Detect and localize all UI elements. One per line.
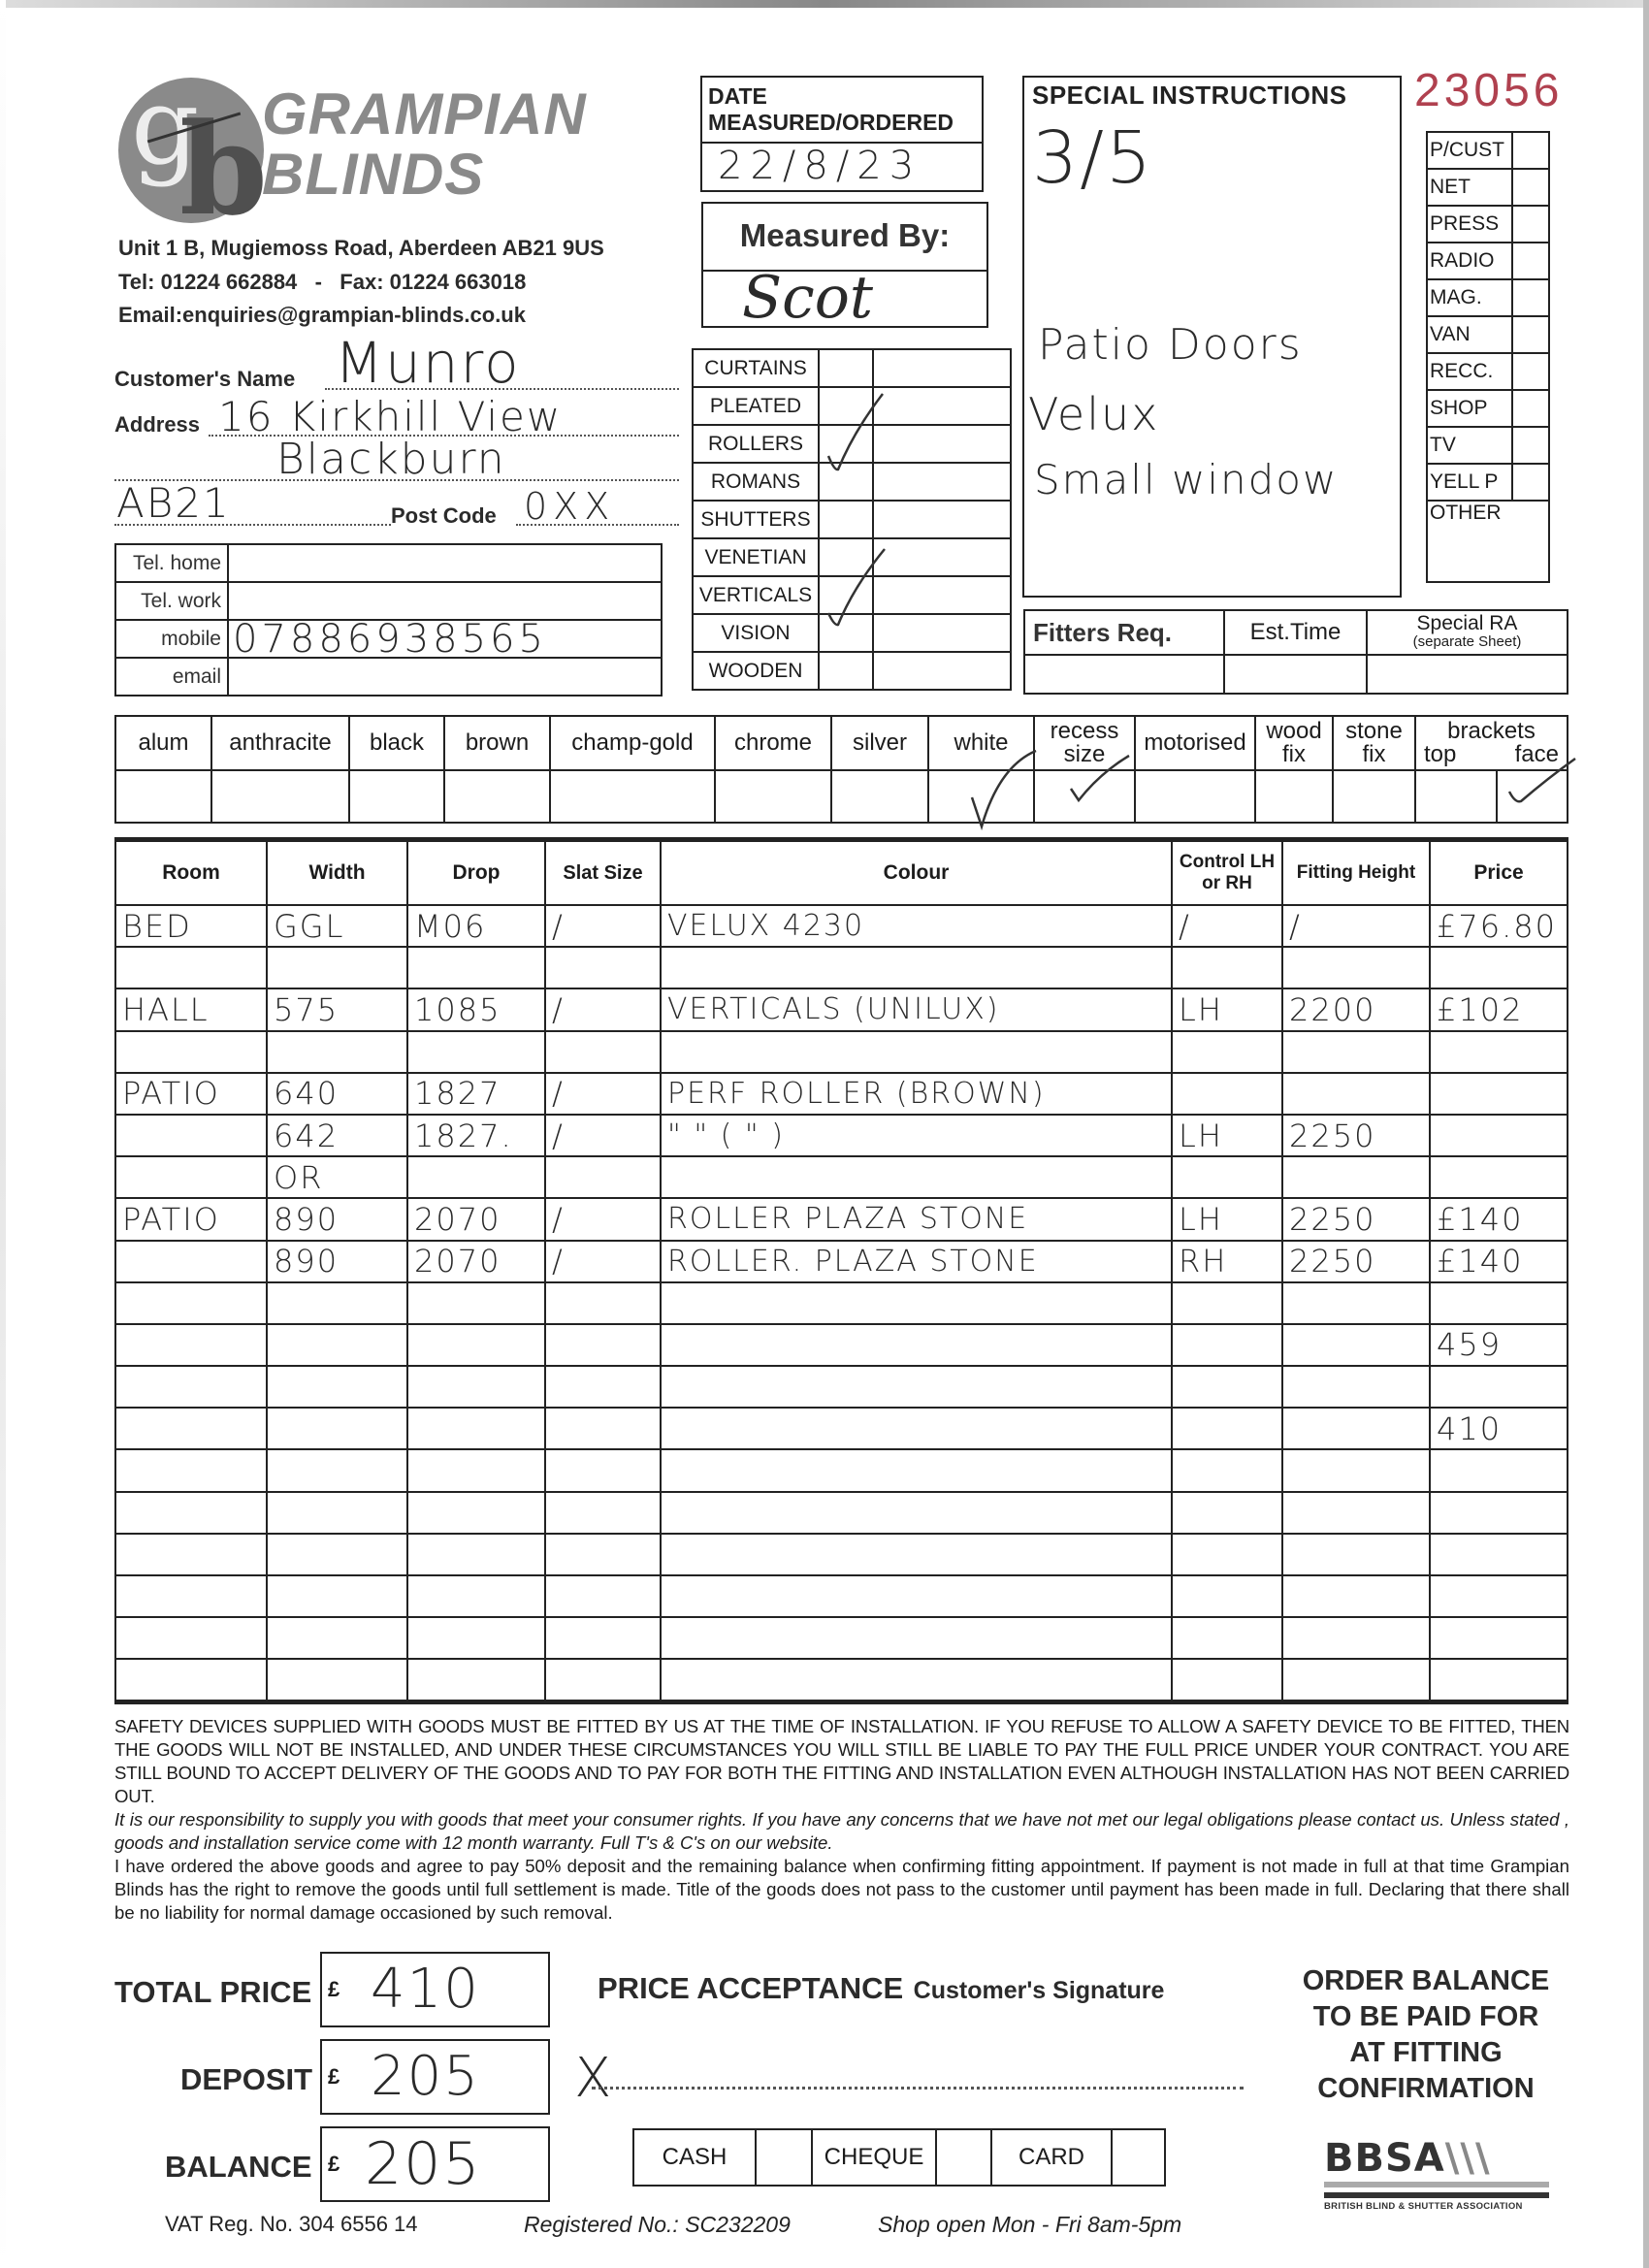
price-field[interactable] xyxy=(1430,1659,1568,1701)
shutters-checkbox[interactable] xyxy=(819,501,873,538)
control-field[interactable]: LH xyxy=(1172,1198,1282,1240)
fitting-height-field[interactable] xyxy=(1282,1492,1430,1534)
width-field[interactable] xyxy=(267,1324,407,1366)
price-field[interactable]: £140 xyxy=(1430,1241,1568,1282)
width-field[interactable] xyxy=(267,1282,407,1324)
price-acceptance-label: PRICE ACCEPTANCE xyxy=(598,1971,903,2005)
control-field[interactable] xyxy=(1172,1408,1282,1449)
colour-field[interactable] xyxy=(661,1659,1172,1701)
slat-size-field[interactable] xyxy=(545,1659,661,1701)
anthracite-checkbox[interactable] xyxy=(211,770,349,823)
slat-size-field[interactable] xyxy=(545,1534,661,1575)
payment-method-label: CHEQUE xyxy=(812,2129,936,2186)
order-row xyxy=(115,1492,1568,1534)
option-label: silver xyxy=(831,716,928,770)
slat-size-field[interactable] xyxy=(545,1031,661,1073)
room-field[interactable] xyxy=(115,1575,267,1617)
slat-size-field[interactable] xyxy=(545,1408,661,1449)
column-header-fitting-height: Fitting Height xyxy=(1282,841,1430,905)
price-field[interactable]: £140 xyxy=(1430,1198,1568,1240)
control-field[interactable]: RH xyxy=(1172,1241,1282,1282)
address-field-2[interactable]: Blackburn xyxy=(276,435,506,484)
source-code-checkbox[interactable] xyxy=(1512,316,1549,353)
colour-field[interactable]: ROLLER. PLAZA STONE xyxy=(661,1241,1172,1282)
source-code-checkbox[interactable] xyxy=(1512,464,1549,501)
price-field[interactable] xyxy=(1430,1115,1568,1156)
slat-size-field[interactable]: / xyxy=(545,988,661,1030)
order-row xyxy=(115,1449,1568,1491)
source-code-checkbox[interactable] xyxy=(1512,243,1549,279)
fitting-height-field[interactable] xyxy=(1282,1282,1430,1324)
source-code-row: P/CUST xyxy=(1427,132,1549,169)
order-row: 6421827./" " ( " )LH2250 xyxy=(115,1115,1568,1156)
special-ra-field[interactable] xyxy=(1367,655,1568,694)
product-type-label: VISION xyxy=(693,614,819,652)
colour-field[interactable]: " " ( " ) xyxy=(661,1115,1172,1156)
width-field[interactable]: 890 xyxy=(267,1241,407,1282)
product-type-label: ROLLERS xyxy=(693,425,819,463)
slat-size-field[interactable] xyxy=(545,1449,661,1491)
total-price-label: TOTAL PRICE xyxy=(114,1975,311,2010)
column-header-width: Width xyxy=(267,841,407,905)
order-row: BEDGGLM06/VELUX 4230//£76.80 xyxy=(115,905,1568,947)
colour-field[interactable]: ROLLER PLAZA STONE xyxy=(661,1198,1172,1240)
fitting-height-field[interactable] xyxy=(1282,1324,1430,1366)
safety-notice: SAFETY DEVICES SUPPLIED WITH GOODS MUST … xyxy=(114,1715,1569,1808)
romans-notes[interactable] xyxy=(873,463,1011,501)
fitting-height-field[interactable] xyxy=(1282,1156,1430,1198)
rollers-notes[interactable] xyxy=(873,425,1011,463)
option-label: stone fix xyxy=(1333,716,1415,770)
card-checkbox[interactable] xyxy=(1112,2129,1165,2186)
colour-field[interactable] xyxy=(661,1408,1172,1449)
source-code-checkbox[interactable] xyxy=(1512,279,1549,316)
address-field-1[interactable]: 16 Kirkhill View xyxy=(218,393,562,440)
source-code-row: YELL P xyxy=(1427,464,1549,501)
slat-size-field[interactable]: / xyxy=(545,1073,661,1115)
order-row xyxy=(115,1659,1568,1701)
room-field[interactable] xyxy=(115,1366,267,1408)
fitting-height-field[interactable] xyxy=(1282,1534,1430,1575)
special-instructions-ref[interactable]: 3/5 xyxy=(1032,116,1153,200)
source-code-label: RECC. xyxy=(1427,353,1512,390)
special-ra-note: (separate Sheet) xyxy=(1368,632,1567,651)
order-row: 410 xyxy=(115,1408,1568,1449)
source-code-checkbox[interactable] xyxy=(1512,132,1549,169)
option-label: brackets xyxy=(1416,720,1567,743)
control-field[interactable] xyxy=(1172,1575,1282,1617)
fitters-table: Fitters Req. Est.Time Special RA (separa… xyxy=(1023,609,1568,695)
room-field[interactable]: BED xyxy=(115,905,267,947)
price-field[interactable] xyxy=(1430,1031,1568,1073)
source-code-row: PRESS xyxy=(1427,206,1549,243)
shop-hours: Shop open Mon - Fri 8am-5pm xyxy=(878,2212,1181,2238)
balance-box: £ 205 xyxy=(320,2126,550,2202)
order-row xyxy=(115,1617,1568,1659)
options-table: alum anthracite black brown champ-gold c… xyxy=(114,715,1568,824)
colour-field[interactable]: VERTICALS (UNILUX) xyxy=(661,988,1172,1030)
vat-number: VAT Reg. No. 304 6556 14 xyxy=(165,2212,418,2237)
source-code-checkbox[interactable] xyxy=(1512,169,1549,206)
curtains-checkbox[interactable] xyxy=(819,349,873,387)
customer-name-field[interactable]: Munro xyxy=(335,330,521,396)
drop-field[interactable]: 2070 xyxy=(407,1198,545,1240)
room-field[interactable] xyxy=(115,1617,267,1659)
date-label-line2: MEASURED/ORDERED xyxy=(708,110,954,136)
width-field[interactable] xyxy=(267,1031,407,1073)
width-field[interactable] xyxy=(267,1492,407,1534)
option-label: chrome xyxy=(715,716,831,770)
verticals-notes[interactable] xyxy=(873,576,1011,614)
special-instructions-line[interactable]: Small window xyxy=(1034,456,1338,503)
order-header-row: Room Width Drop Slat Size Colour Control… xyxy=(115,841,1568,905)
slat-size-field[interactable] xyxy=(545,1282,661,1324)
vision-notes[interactable] xyxy=(873,614,1011,652)
source-code-checkbox[interactable] xyxy=(1512,390,1549,427)
room-field[interactable] xyxy=(115,947,267,988)
bbsa-bar xyxy=(1324,2182,1549,2187)
tel-work-field[interactable] xyxy=(228,582,662,620)
fitting-height-field[interactable] xyxy=(1282,1408,1430,1449)
wooden-notes[interactable] xyxy=(873,652,1011,690)
width-field[interactable]: GGL xyxy=(267,905,407,947)
control-field[interactable] xyxy=(1172,947,1282,988)
fitting-height-field[interactable] xyxy=(1282,1659,1430,1701)
colour-field[interactable] xyxy=(661,1617,1172,1659)
colour-field[interactable] xyxy=(661,1575,1172,1617)
brown-checkbox[interactable] xyxy=(444,770,550,823)
silver-checkbox[interactable] xyxy=(831,770,928,823)
wooden-checkbox[interactable] xyxy=(819,652,873,690)
date-field[interactable]: 22/8/23 xyxy=(718,144,921,188)
page-edge-right xyxy=(1643,0,1649,2268)
balance-field[interactable]: 205 xyxy=(365,2130,482,2198)
date-label-line1: DATE xyxy=(708,83,954,110)
special-instructions-line[interactable]: Velux xyxy=(1028,388,1159,440)
colour-field[interactable] xyxy=(661,947,1172,988)
control-field[interactable] xyxy=(1172,1617,1282,1659)
total-price-field[interactable]: 410 xyxy=(371,1958,480,2021)
fitting-height-field[interactable]: 2200 xyxy=(1282,988,1430,1030)
drop-field[interactable]: M06 xyxy=(407,905,545,947)
width-field[interactable]: OR xyxy=(267,1156,407,1198)
company-email: Email:enquiries@grampian-blinds.co.uk xyxy=(118,303,526,328)
order-table-body: BEDGGLM06/VELUX 4230//£76.80HALL5751085/… xyxy=(115,905,1568,1701)
slat-size-field[interactable] xyxy=(545,1156,661,1198)
fitting-height-field[interactable]: / xyxy=(1282,905,1430,947)
price-field[interactable] xyxy=(1430,1156,1568,1198)
price-field[interactable]: 410 xyxy=(1430,1408,1568,1449)
currency-symbol: £ xyxy=(328,2152,339,2177)
alum-checkbox[interactable] xyxy=(115,770,211,823)
measured-by-box: Measured By: Scot xyxy=(701,202,988,328)
drop-field[interactable] xyxy=(407,1156,545,1198)
width-field[interactable]: 640 xyxy=(267,1073,407,1115)
drop-field[interactable] xyxy=(407,1534,545,1575)
source-code-row: NET xyxy=(1427,169,1549,206)
bbsa-stripes-icon: \\\ xyxy=(1445,2136,1491,2181)
source-codes-table: P/CUST NET PRESS RADIO MAG. VAN RECC. SH… xyxy=(1426,131,1550,583)
product-type-row: SHUTTERS xyxy=(693,501,1011,538)
email-field[interactable] xyxy=(228,658,662,696)
fitting-height-field[interactable]: 2250 xyxy=(1282,1241,1430,1282)
fitting-height-field[interactable]: 2250 xyxy=(1282,1115,1430,1156)
fitting-height-field[interactable] xyxy=(1282,947,1430,988)
fitting-height-field[interactable] xyxy=(1282,1073,1430,1115)
bbsa-logo: BBSA\\\ BRITISH BLIND & SHUTTER ASSOCIAT… xyxy=(1324,2139,1549,2212)
width-field[interactable]: 890 xyxy=(267,1198,407,1240)
drop-field[interactable] xyxy=(407,1659,545,1701)
width-field[interactable]: 575 xyxy=(267,988,407,1030)
room-field[interactable] xyxy=(115,1156,267,1198)
wood-fix-checkbox[interactable] xyxy=(1255,770,1333,823)
control-field[interactable]: LH xyxy=(1172,988,1282,1030)
drop-field[interactable]: 1085 xyxy=(407,988,545,1030)
control-field[interactable] xyxy=(1172,1659,1282,1701)
signature-mark: X xyxy=(574,2047,613,2110)
product-type-label: CURTAINS xyxy=(693,349,819,387)
room-field[interactable] xyxy=(115,1408,267,1449)
colour-field[interactable] xyxy=(661,1156,1172,1198)
shutters-notes[interactable] xyxy=(873,501,1011,538)
signature-field[interactable] xyxy=(592,2087,1244,2090)
control-field[interactable] xyxy=(1172,1324,1282,1366)
control-field[interactable] xyxy=(1172,1492,1282,1534)
price-field[interactable] xyxy=(1430,1449,1568,1491)
est-time-label: Est.Time xyxy=(1224,610,1367,655)
drop-field[interactable] xyxy=(407,1449,545,1491)
drop-field[interactable] xyxy=(407,1324,545,1366)
fitting-height-field[interactable] xyxy=(1282,1449,1430,1491)
width-field[interactable] xyxy=(267,1534,407,1575)
balance-label: BALANCE xyxy=(165,2150,312,2185)
source-code-row: RADIO xyxy=(1427,243,1549,279)
drop-field[interactable] xyxy=(407,1617,545,1659)
source-code-row: VAN xyxy=(1427,316,1549,353)
control-field[interactable] xyxy=(1172,1449,1282,1491)
cheque-checkbox[interactable] xyxy=(936,2129,991,2186)
colour-field[interactable] xyxy=(661,1492,1172,1534)
room-field[interactable] xyxy=(115,1449,267,1491)
width-field[interactable]: 642 xyxy=(267,1115,407,1156)
address-field-3[interactable]: AB21 xyxy=(116,479,231,527)
source-code-label: MAG. xyxy=(1427,279,1512,316)
chrome-checkbox[interactable] xyxy=(715,770,831,823)
source-code-checkbox[interactable] xyxy=(1512,353,1549,390)
tel-home-field[interactable] xyxy=(228,544,662,582)
postcode-field[interactable]: 0XX xyxy=(524,485,615,528)
width-field[interactable] xyxy=(267,1408,407,1449)
room-field[interactable]: PATIO xyxy=(115,1073,267,1115)
control-field[interactable] xyxy=(1172,1073,1282,1115)
slat-size-field[interactable] xyxy=(545,1492,661,1534)
contact-row: Tel. work xyxy=(115,582,662,620)
measured-by-label: Measured By: xyxy=(703,217,986,254)
slat-size-field[interactable] xyxy=(545,1324,661,1366)
black-checkbox[interactable] xyxy=(349,770,444,823)
drop-field[interactable] xyxy=(407,1031,545,1073)
slat-size-field[interactable]: / xyxy=(545,1115,661,1156)
drop-field[interactable] xyxy=(407,1282,545,1324)
room-field[interactable] xyxy=(115,1659,267,1701)
registered-number: Registered No.: SC232209 xyxy=(524,2212,791,2238)
pleated-notes[interactable] xyxy=(873,387,1011,425)
price-field[interactable] xyxy=(1430,1575,1568,1617)
drop-field[interactable]: 1827. xyxy=(407,1115,545,1156)
order-row: PATIO6401827/PERF ROLLER (BROWN) xyxy=(115,1073,1568,1115)
drop-field[interactable] xyxy=(407,1575,545,1617)
colour-field[interactable] xyxy=(661,1324,1172,1366)
colour-field[interactable] xyxy=(661,1366,1172,1408)
cash-checkbox[interactable] xyxy=(756,2129,812,2186)
price-field[interactable] xyxy=(1430,1282,1568,1324)
order-row: 459 xyxy=(115,1324,1568,1366)
room-field[interactable] xyxy=(115,1492,267,1534)
fitters-req-field[interactable] xyxy=(1024,655,1224,694)
price-field[interactable]: 459 xyxy=(1430,1324,1568,1366)
colour-field[interactable] xyxy=(661,1282,1172,1324)
deposit-field[interactable]: 205 xyxy=(371,2045,480,2108)
drop-field[interactable] xyxy=(407,1408,545,1449)
slat-size-field[interactable] xyxy=(545,1575,661,1617)
order-row: 8902070/ROLLER. PLAZA STONERH2250£140 xyxy=(115,1241,1568,1282)
source-code-checkbox[interactable] xyxy=(1512,427,1549,464)
fitting-height-field[interactable] xyxy=(1282,1031,1430,1073)
drop-field[interactable]: 1827 xyxy=(407,1073,545,1115)
control-field[interactable] xyxy=(1172,1031,1282,1073)
page-edge-left xyxy=(0,0,6,2268)
address-label: Address xyxy=(114,412,200,437)
order-row xyxy=(115,1366,1568,1408)
width-field[interactable] xyxy=(267,1617,407,1659)
slat-size-field[interactable] xyxy=(545,1617,661,1659)
product-type-row: WOODEN xyxy=(693,652,1011,690)
product-type-label: PLEATED xyxy=(693,387,819,425)
contact-row: email xyxy=(115,658,662,696)
fitting-height-field[interactable] xyxy=(1282,1575,1430,1617)
slat-size-field[interactable]: / xyxy=(545,1241,661,1282)
checkmark-icon xyxy=(815,543,892,640)
contact-label: Tel. home xyxy=(115,544,228,582)
slat-size-field[interactable] xyxy=(545,1366,661,1408)
width-field[interactable] xyxy=(267,947,407,988)
slat-size-field[interactable]: / xyxy=(545,1198,661,1240)
width-field[interactable] xyxy=(267,1575,407,1617)
control-field[interactable]: / xyxy=(1172,905,1282,947)
fitting-height-field[interactable] xyxy=(1282,1617,1430,1659)
room-field[interactable] xyxy=(115,1031,267,1073)
room-field[interactable] xyxy=(115,1241,267,1282)
fitting-height-field[interactable] xyxy=(1282,1366,1430,1408)
champ-gold-checkbox[interactable] xyxy=(550,770,715,823)
payment-agreement: I have ordered the above goods and agree… xyxy=(114,1855,1569,1925)
order-row xyxy=(115,1282,1568,1324)
room-field[interactable] xyxy=(115,1324,267,1366)
order-row xyxy=(115,1575,1568,1617)
price-field[interactable] xyxy=(1430,1366,1568,1408)
signature-label: Customer's Signature xyxy=(914,1977,1165,2004)
measured-by-field[interactable]: Scot xyxy=(742,264,873,332)
stone-fix-checkbox[interactable] xyxy=(1333,770,1415,823)
room-field[interactable] xyxy=(115,1534,267,1575)
source-code-row: TV xyxy=(1427,427,1549,464)
option-label: motorised xyxy=(1135,716,1255,770)
drop-field[interactable] xyxy=(407,947,545,988)
room-field[interactable]: HALL xyxy=(115,988,267,1030)
source-code-label: NET xyxy=(1427,169,1512,206)
control-field[interactable] xyxy=(1172,1282,1282,1324)
drop-field[interactable]: 2070 xyxy=(407,1241,545,1282)
order-row: OR xyxy=(115,1156,1568,1198)
special-instructions-line[interactable]: Patio Doors xyxy=(1038,320,1303,370)
colour-field[interactable]: VELUX 4230 xyxy=(661,905,1172,947)
control-field[interactable] xyxy=(1172,1156,1282,1198)
product-type-label: SHUTTERS xyxy=(693,501,819,538)
notice-line: TO BE PAID FOR xyxy=(1261,1999,1591,2035)
venetian-notes[interactable] xyxy=(873,538,1011,576)
source-code-checkbox[interactable] xyxy=(1512,206,1549,243)
drop-field[interactable] xyxy=(407,1366,545,1408)
consumer-rights-notice: It is our responsibility to supply you w… xyxy=(114,1808,1569,1855)
contact-label: Tel. work xyxy=(115,582,228,620)
contact-row: mobile 07886938565 xyxy=(115,620,662,658)
brackets-top-checkbox[interactable] xyxy=(1415,770,1497,823)
control-field[interactable]: LH xyxy=(1172,1115,1282,1156)
drop-field[interactable] xyxy=(407,1492,545,1534)
colour-field[interactable] xyxy=(661,1449,1172,1491)
option-label: alum xyxy=(115,716,211,770)
order-table: Room Width Drop Slat Size Colour Control… xyxy=(114,840,1568,1702)
fitting-height-field[interactable]: 2250 xyxy=(1282,1198,1430,1240)
slat-size-field[interactable] xyxy=(545,947,661,988)
price-field[interactable] xyxy=(1430,1617,1568,1659)
est-time-field[interactable] xyxy=(1224,655,1367,694)
price-field[interactable]: £76.80 xyxy=(1430,905,1568,947)
mobile-field[interactable]: 07886938565 xyxy=(228,620,662,658)
room-field[interactable] xyxy=(115,1115,267,1156)
customer-name-label: Customer's Name xyxy=(114,367,295,392)
colour-field[interactable]: PERF ROLLER (BROWN) xyxy=(661,1073,1172,1115)
control-field[interactable] xyxy=(1172,1534,1282,1575)
price-field[interactable] xyxy=(1430,1534,1568,1575)
colour-field[interactable] xyxy=(661,1031,1172,1073)
room-field[interactable]: PATIO xyxy=(115,1198,267,1240)
room-field[interactable] xyxy=(115,1282,267,1324)
column-header-colour: Colour xyxy=(661,841,1172,905)
width-field[interactable] xyxy=(267,1659,407,1701)
source-code-other[interactable]: OTHER xyxy=(1427,501,1549,582)
slat-size-field[interactable]: / xyxy=(545,905,661,947)
width-field[interactable] xyxy=(267,1449,407,1491)
source-code-label: PRESS xyxy=(1427,206,1512,243)
curtains-notes[interactable] xyxy=(873,349,1011,387)
price-field[interactable]: £102 xyxy=(1430,988,1568,1030)
control-field[interactable] xyxy=(1172,1366,1282,1408)
company-name-line2: BLINDS xyxy=(262,146,484,204)
company-address: Unit 1 B, Mugiemoss Road, Aberdeen AB21 … xyxy=(118,236,604,261)
price-field[interactable] xyxy=(1430,1073,1568,1115)
bbsa-bar xyxy=(1324,2192,1549,2198)
deposit-box: £ 205 xyxy=(320,2039,550,2115)
checkmark-icon xyxy=(1503,755,1581,813)
price-field[interactable] xyxy=(1430,947,1568,988)
price-field[interactable] xyxy=(1430,1492,1568,1534)
motorised-checkbox[interactable] xyxy=(1135,770,1255,823)
width-field[interactable] xyxy=(267,1366,407,1408)
currency-symbol: £ xyxy=(328,2064,339,2090)
column-header-slat-size: Slat Size xyxy=(545,841,661,905)
colour-field[interactable] xyxy=(661,1534,1172,1575)
